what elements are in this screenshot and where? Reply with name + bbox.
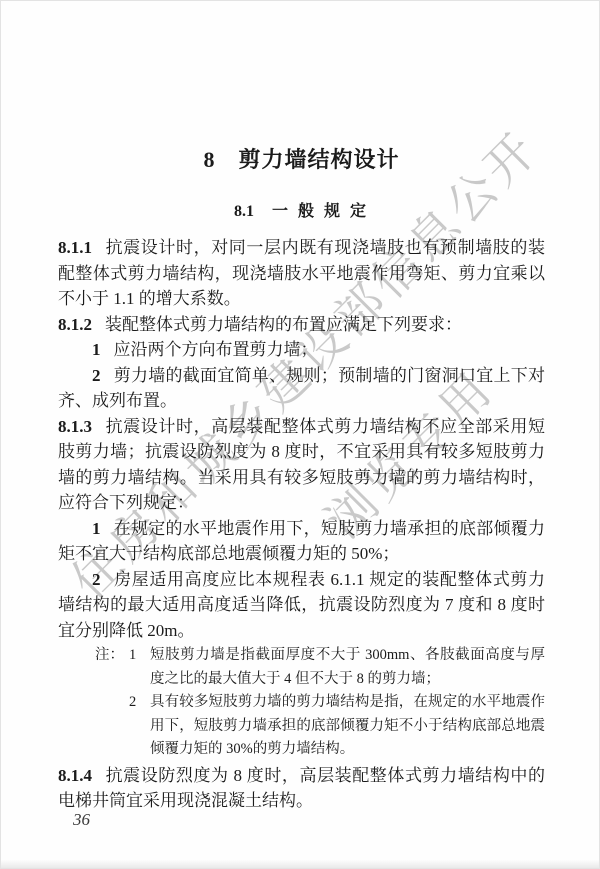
notes-block: 注： 1 短肢剪力墙是指截面厚度不大于 300mm、各肢截面高度与厚度之比的最大…: [95, 644, 545, 762]
clause-number: 8.1.2: [58, 315, 92, 334]
clause-8-1-2-item-2: 2剪力墙的截面宜简单、规则；预制墙的门窗洞口宜上下对齐、成列布置。: [58, 363, 545, 414]
item-number: 1: [92, 340, 101, 359]
note-number: 2: [129, 691, 150, 762]
clauses-body: 8.1.1抗震设计时，对同一层内既有现浇墙肢也有预制墙肢的装配整体式剪力墙结构，…: [58, 235, 545, 814]
clause-text: 抗震设计时，对同一层内既有现浇墙肢也有预制墙肢的装配整体式剪力墙结构，现浇墙肢水…: [58, 238, 545, 308]
clause-8-1-3: 8.1.3抗震设计时，高层装配整体式剪力墙结构不应全部采用短肢剪力墙；抗震设防烈…: [58, 414, 545, 516]
note-item-2: 2 具有较多短肢剪力墙的剪力墙结构是指，在规定的水平地震作用下，短肢剪力墙承担的…: [95, 691, 545, 762]
item-number: 2: [92, 366, 101, 385]
clause-8-1-2: 8.1.2装配整体式剪力墙结构的布置应满足下列要求：: [58, 312, 545, 338]
clause-8-1-1: 8.1.1抗震设计时，对同一层内既有现浇墙肢也有预制墙肢的装配整体式剪力墙结构，…: [58, 235, 545, 312]
clause-text: 抗震设防烈度为 8 度时，高层装配整体式剪力墙结构中的电梯井筒宜采用现浇混凝土结…: [58, 766, 545, 811]
item-text: 房屋适用高度应比本规程表 6.1.1 规定的装配整体式剪力墙结构的最大适用高度适…: [58, 570, 545, 640]
item-number: 2: [92, 570, 101, 589]
item-number: 1: [92, 519, 101, 538]
item-text: 剪力墙的截面宜简单、规则；预制墙的门窗洞口宜上下对齐、成列布置。: [58, 366, 545, 411]
section-number: 8.1: [234, 203, 254, 220]
note-label-spacer: [95, 691, 129, 762]
clause-number: 8.1.1: [58, 238, 92, 257]
note-label: 注：: [95, 644, 129, 691]
section-heading: 8.1一 般 规 定: [58, 200, 545, 224]
chapter-number: 8: [203, 147, 214, 172]
item-text: 在规定的水平地震作用下，短肢剪力墙承担的底部倾覆力矩不宜大于结构底部总地震倾覆力…: [58, 519, 545, 564]
clause-number: 8.1.3: [58, 417, 92, 436]
page-bottom-shade: [1, 859, 599, 868]
clause-text: 装配整体式剪力墙结构的布置应满足下列要求：: [105, 315, 462, 334]
clause-8-1-4: 8.1.4抗震设防烈度为 8 度时，高层装配整体式剪力墙结构中的电梯井筒宜采用现…: [58, 763, 545, 814]
page-number: 36: [73, 810, 90, 830]
item-text: 应沿两个方向布置剪力墙；: [114, 340, 318, 359]
section-title: 一 般 规 定: [272, 203, 369, 220]
clause-8-1-2-item-1: 1应沿两个方向布置剪力墙；: [58, 337, 545, 363]
page-content: 8剪力墙结构设计 8.1一 般 规 定 8.1.1抗震设计时，对同一层内既有现浇…: [58, 1, 545, 814]
document-page: 住房和城乡建设部信息公开 浏览专用 8剪力墙结构设计 8.1一 般 规 定 8.…: [0, 0, 600, 869]
note-text: 具有较多短肢剪力墙的剪力墙结构是指，在规定的水平地震作用下，短肢剪力墙承担的底部…: [150, 691, 545, 762]
chapter-heading: 8剪力墙结构设计: [58, 145, 545, 175]
note-item-1: 注： 1 短肢剪力墙是指截面厚度不大于 300mm、各肢截面高度与厚度之比的最大…: [95, 644, 545, 691]
chapter-title: 剪力墙结构设计: [238, 147, 399, 172]
clause-8-1-3-item-2: 2房屋适用高度应比本规程表 6.1.1 规定的装配整体式剪力墙结构的最大适用高度…: [58, 567, 545, 644]
note-text: 短肢剪力墙是指截面厚度不大于 300mm、各肢截面高度与厚度之比的最大值大于 4…: [150, 644, 545, 691]
clause-number: 8.1.4: [58, 766, 92, 785]
note-number: 1: [129, 644, 150, 691]
clause-text: 抗震设计时，高层装配整体式剪力墙结构不应全部采用短肢剪力墙；抗震设防烈度为 8 …: [58, 417, 545, 513]
clause-8-1-3-item-1: 1在规定的水平地震作用下，短肢剪力墙承担的底部倾覆力矩不宜大于结构底部总地震倾覆…: [58, 516, 545, 567]
